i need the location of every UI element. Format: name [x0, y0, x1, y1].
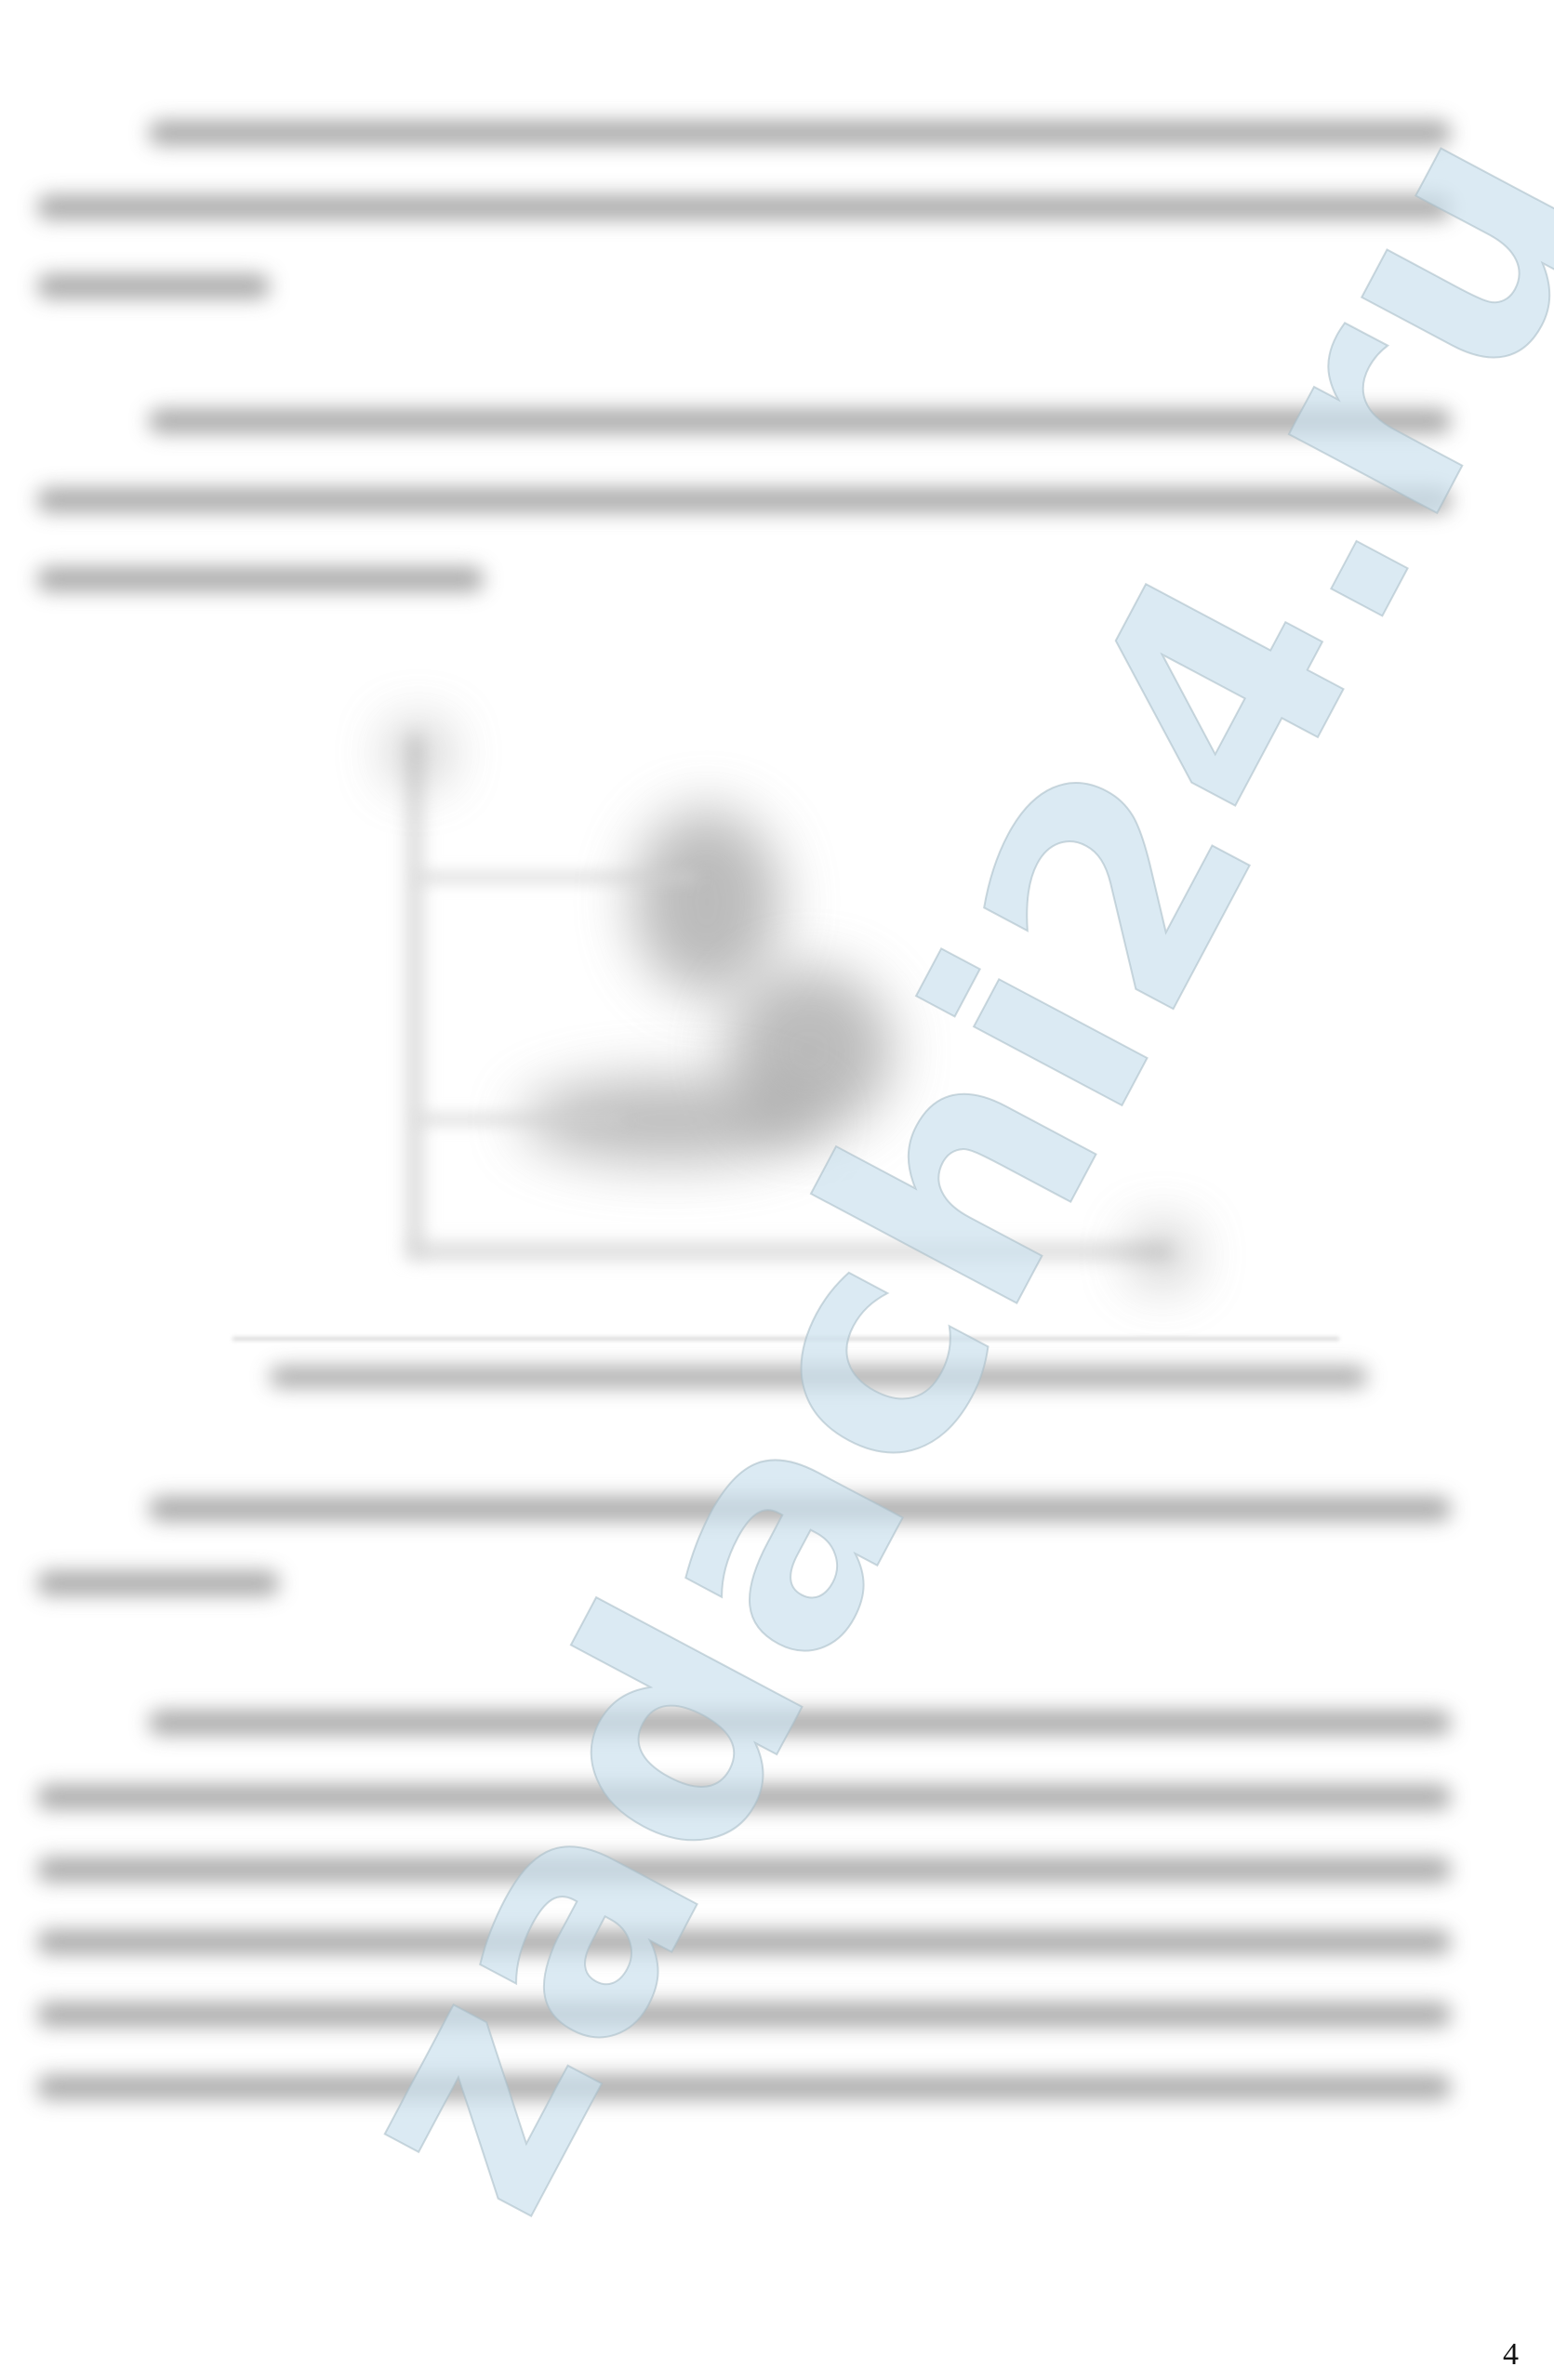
text-line	[37, 195, 1451, 219]
document-page: zadachi24.ru 4	[0, 0, 1554, 2380]
text-line	[37, 274, 270, 298]
guide-line	[418, 874, 697, 881]
text-line	[149, 121, 1451, 145]
text-line	[149, 1711, 1451, 1735]
text-line	[37, 2003, 1451, 2027]
text-line	[37, 1930, 1451, 1954]
guide-line	[418, 1116, 623, 1123]
text-line	[37, 2075, 1451, 2099]
text-line	[37, 1858, 1451, 1882]
text-line	[37, 1571, 279, 1595]
axis-label-blob	[391, 725, 446, 781]
curve-blob	[632, 809, 781, 995]
figure-rule	[232, 1337, 1339, 1341]
x-axis	[409, 1246, 1172, 1257]
text-line	[149, 1497, 1451, 1521]
text-line	[149, 409, 1451, 433]
text-line	[37, 1785, 1451, 1809]
page-number: 4	[1503, 2337, 1519, 2373]
figure-graph	[353, 707, 1228, 1311]
y-axis	[409, 734, 420, 1255]
text-line	[37, 567, 484, 591]
text-line	[37, 488, 1451, 512]
caption-line	[270, 1367, 1367, 1387]
axis-label-blob	[1135, 1227, 1190, 1283]
